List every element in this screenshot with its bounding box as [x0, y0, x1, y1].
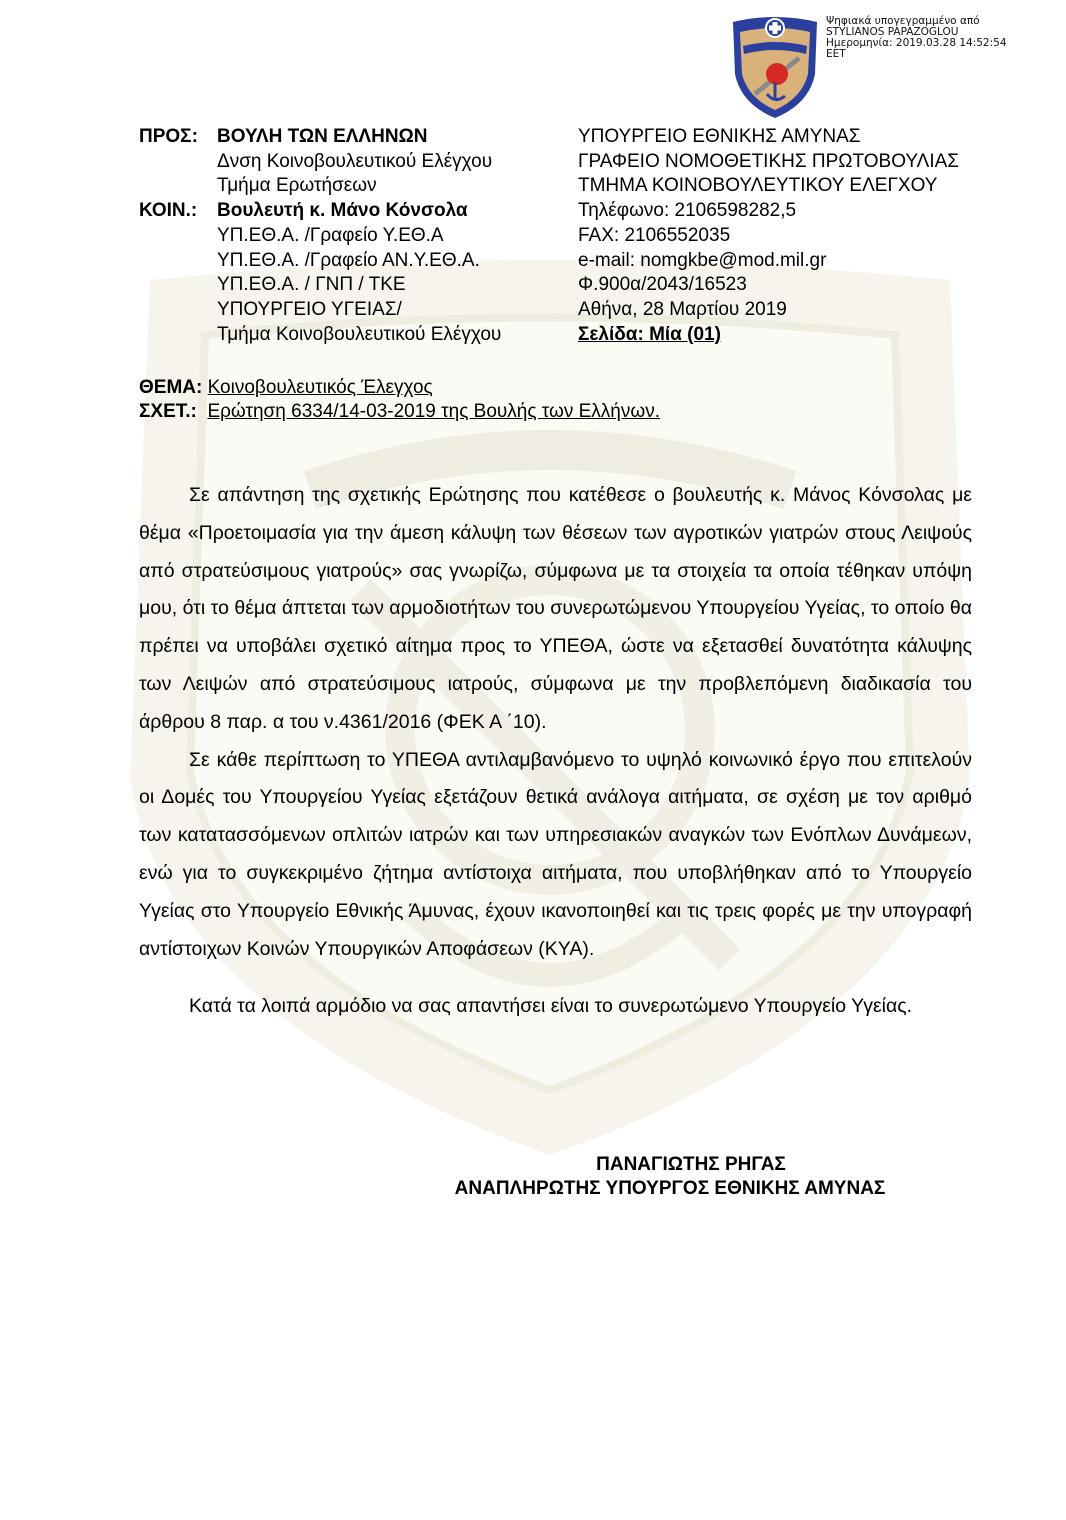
signature-timezone: EET: [826, 49, 1007, 60]
subject-label: ΘΕΜΑ:: [139, 377, 202, 398]
to-label: ΠΡΟΣ:: [139, 125, 217, 150]
body-paragraph: Σε απάντηση της σχετικής Ερώτησης που κα…: [139, 477, 972, 742]
digital-signature-block: Ψηφιακά υπογεγραμμένο από STYLIANOS PAPA…: [826, 16, 1007, 60]
sender-fax: FAX: 2106552035: [578, 224, 959, 249]
signatory-block: ΠΑΝΑΓΙΩΤΗΣ ΡΗΓΑΣ ΑΝΑΠΛΗΡΩΤΗΣ ΥΠΟΥΡΓΟΣ ΕΘ…: [400, 1153, 940, 1201]
sender-office: ΓΡΑΦΕΙΟ ΝΟΜΟΘΕΤΙΚΗΣ ΠΡΩΤΟΒΟΥΛΙΑΣ: [578, 150, 959, 175]
reference-label: ΣΧΕΤ.:: [139, 401, 197, 422]
cc-line: ΥΠ.ΕΘ.Α. / ΓΝΠ / ΤΚΕ: [217, 273, 406, 298]
sender-phone: Τηλέφωνο: 2106598282,5: [578, 199, 959, 224]
reference-value: Ερώτηση 6334/14-03-2019 της Βουλής των Ε…: [207, 401, 660, 422]
subject-block: ΘΕΜΑ: Κοινοβουλευτικός Έλεγχος ΣΧΕΤ.: Ερ…: [139, 376, 660, 424]
letter-body: Σε απάντηση της σχετικής Ερώτησης που κα…: [139, 477, 972, 1026]
sender-email: e-mail: nomgkbe@mod.mil.gr: [578, 249, 959, 274]
cc-line: Τμήμα Κοινοβουλευτικού Ελέγχου: [217, 323, 501, 348]
cc-line: ΥΠ.ΕΘ.Α. /Γραφείο Υ.ΕΘ.Α: [217, 224, 444, 249]
signature-date: Ημερομηνία: 2019.03.28 14:52:54: [826, 38, 1007, 49]
place-date: Αθήνα, 28 Μαρτίου 2019: [578, 298, 959, 323]
body-paragraph: Κατά τα λοιπά αρμόδιο να σας απαντήσει ε…: [139, 988, 972, 1026]
cc-line: ΥΠΟΥΡΓΕΙΟ ΥΓΕΙΑΣ/: [217, 298, 402, 323]
to-line: ΒΟΥΛΗ ΤΩΝ ΕΛΛΗΝΩΝ: [217, 125, 428, 150]
sender-ministry: ΥΠΟΥΡΓΕΙΟ ΕΘΝΙΚΗΣ ΑΜΥΝΑΣ: [578, 125, 959, 150]
to-line: Δνση Κοινοβουλευτικού Ελέγχου: [217, 150, 492, 175]
to-line: Τμήμα Ερωτήσεων: [217, 174, 377, 199]
subject-value: Κοινοβουλευτικός Έλεγχος: [208, 377, 433, 398]
cc-line: Βουλευτή κ. Μάνο Κόνσολα: [217, 199, 468, 224]
recipients-block: ΠΡΟΣ:ΒΟΥΛΗ ΤΩΝ ΕΛΛΗΝΩΝ Δνση Κοινοβουλευτ…: [139, 125, 501, 347]
sender-department: ΤΜΗΜΑ ΚΟΙΝΟΒΟΥΛΕΥΤΙΚΟΥ ΕΛΕΓΧΟΥ: [578, 174, 959, 199]
signatory-name: ΠΑΝΑΓΙΩΤΗΣ ΡΗΓΑΣ: [400, 1153, 940, 1177]
body-paragraph: Σε κάθε περίπτωση το ΥΠΕΘΑ αντιλαμβανόμε…: [139, 742, 972, 969]
military-emblem-icon: [729, 12, 821, 120]
sender-block: ΥΠΟΥΡΓΕΙΟ ΕΘΝΙΚΗΣ ΑΜΥΝΑΣ ΓΡΑΦΕΙΟ ΝΟΜΟΘΕΤ…: [578, 125, 959, 347]
cc-label: ΚΟΙΝ.:: [139, 199, 217, 224]
page-indicator: Σελίδα: Μία (01): [578, 323, 959, 348]
cc-line: ΥΠ.ΕΘ.Α. /Γραφείο ΑΝ.Υ.ΕΘ.Α.: [217, 249, 480, 274]
reference-number: Φ.900α/2043/16523: [578, 273, 959, 298]
signatory-title: ΑΝΑΠΛΗΡΩΤΗΣ ΥΠΟΥΡΓΟΣ ΕΘΝΙΚΗΣ ΑΜΥΝΑΣ: [400, 1177, 940, 1201]
